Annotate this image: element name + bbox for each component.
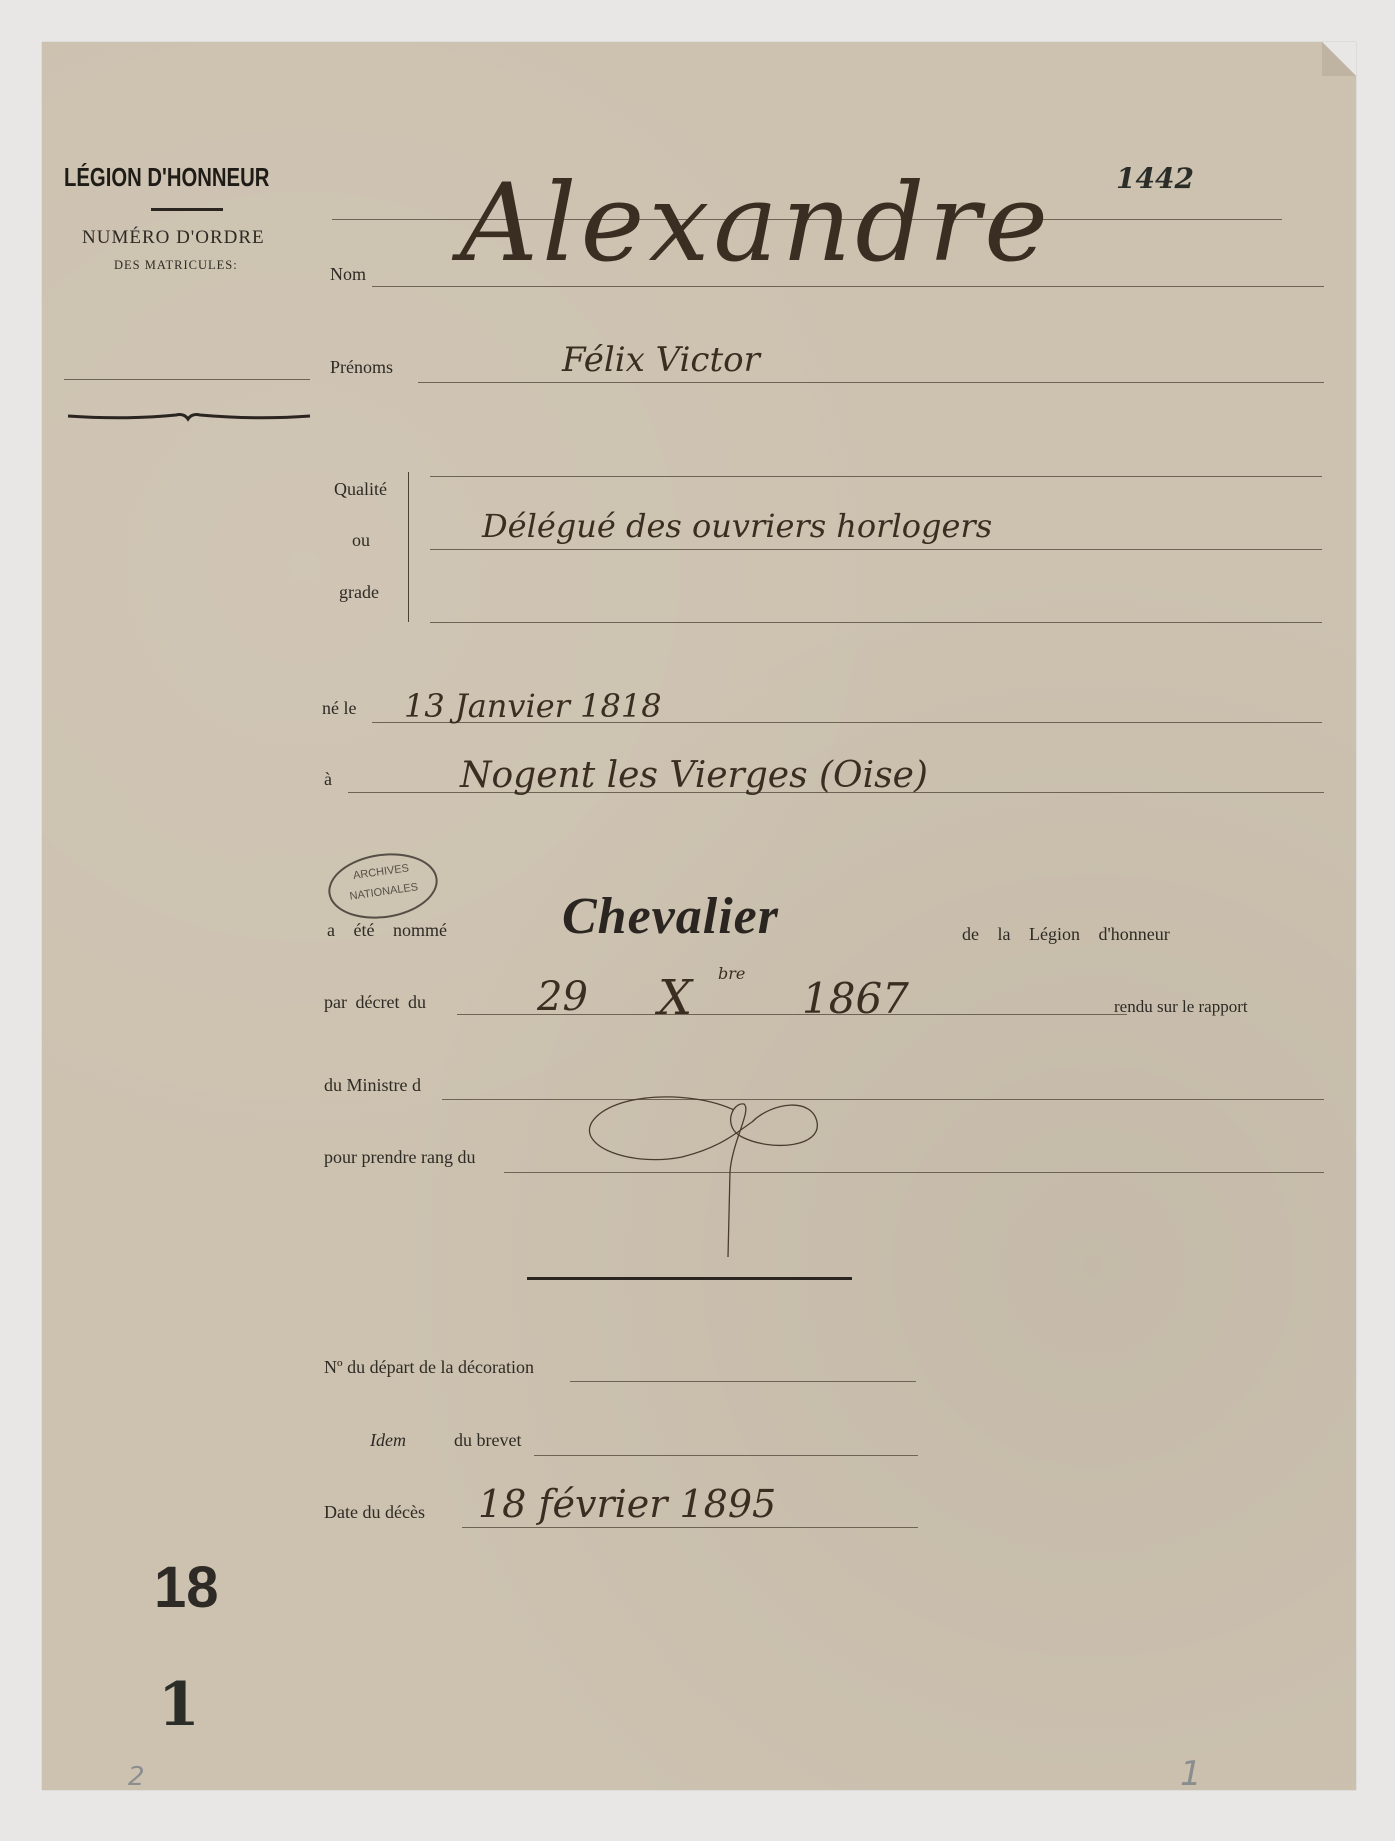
qualite-line-1 xyxy=(430,476,1322,477)
signature-rule xyxy=(527,1277,852,1280)
birth-place-value[interactable]: Nogent les Vierges (Oise) xyxy=(460,755,928,796)
corner-file-number: 1442 xyxy=(1116,162,1194,195)
ne-le-label: né le xyxy=(322,698,356,719)
brevet-line[interactable] xyxy=(534,1455,918,1456)
prenoms-label: Prénoms xyxy=(330,357,393,378)
signature-flourish xyxy=(572,1082,832,1262)
qualite-line-3 xyxy=(430,622,1322,623)
ou-label: ou xyxy=(352,530,370,551)
title-underline xyxy=(151,208,223,211)
nom-value[interactable]: Alexandre xyxy=(460,170,1052,278)
death-date-value[interactable]: 18 février 1895 xyxy=(478,1482,776,1526)
decret-month[interactable]: X xyxy=(658,970,692,1026)
idem-label: Idem xyxy=(370,1430,406,1451)
stamped-number-18: 18 xyxy=(154,1554,219,1621)
nomme-label: a été nommé xyxy=(327,920,447,941)
qualite-brace xyxy=(408,472,419,622)
rang-label: pour prendre rang du xyxy=(324,1147,475,1168)
qualite-line-2 xyxy=(430,549,1322,550)
deces-label: Date du décès xyxy=(324,1502,425,1523)
qualite-value[interactable]: Délégué des ouvriers horlogers xyxy=(482,507,992,545)
pencil-note-left: 2 xyxy=(128,1762,145,1792)
qualite-label: Qualité xyxy=(334,479,387,500)
depart-decoration-line[interactable] xyxy=(570,1381,916,1382)
prenoms-value[interactable]: Félix Victor xyxy=(562,340,760,380)
form-title: LÉGION D'HONNEUR xyxy=(64,162,269,193)
decret-month-superscript: bre xyxy=(718,964,745,983)
grade-chevalier: Chevalier xyxy=(562,887,779,946)
subtitle-numero-ordre: NUMÉRO D'ORDRE xyxy=(82,227,265,249)
decret-label: par décret du xyxy=(324,992,426,1013)
deces-line xyxy=(462,1527,918,1528)
brevet-label: du brevet xyxy=(454,1430,521,1451)
matricule-number-line[interactable] xyxy=(64,379,310,380)
folded-corner xyxy=(1322,42,1356,76)
archives-nationales-stamp: ARCHIVES NATIONALES xyxy=(324,847,442,926)
subtitle-matricules: DES MATRICULES: xyxy=(114,258,238,273)
pencil-note-right: 1 xyxy=(1180,1754,1202,1794)
prenoms-line xyxy=(418,382,1324,383)
document-sheet: LÉGION D'HONNEUR NUMÉRO D'ORDRE DES MATR… xyxy=(42,42,1356,1790)
legion-honneur-label: de la Légion d'honneur xyxy=(962,924,1170,945)
lieu-label: à xyxy=(324,769,332,790)
decret-year[interactable]: 1867 xyxy=(802,974,909,1023)
birth-date-value[interactable]: 13 Janvier 1818 xyxy=(404,687,662,725)
rendu-rapport-label: rendu sur le rapport xyxy=(1114,997,1248,1017)
nom-label: Nom xyxy=(330,264,366,285)
decret-day[interactable]: 29 xyxy=(537,974,588,1020)
grade-label: grade xyxy=(339,582,379,603)
ministre-label: du Ministre d xyxy=(324,1075,421,1096)
ornamental-divider xyxy=(66,410,312,424)
nom-line xyxy=(372,286,1324,287)
depart-decoration-label: Nº du départ de la décoration xyxy=(324,1357,534,1378)
handwritten-number-1: 1 xyxy=(158,1670,200,1740)
